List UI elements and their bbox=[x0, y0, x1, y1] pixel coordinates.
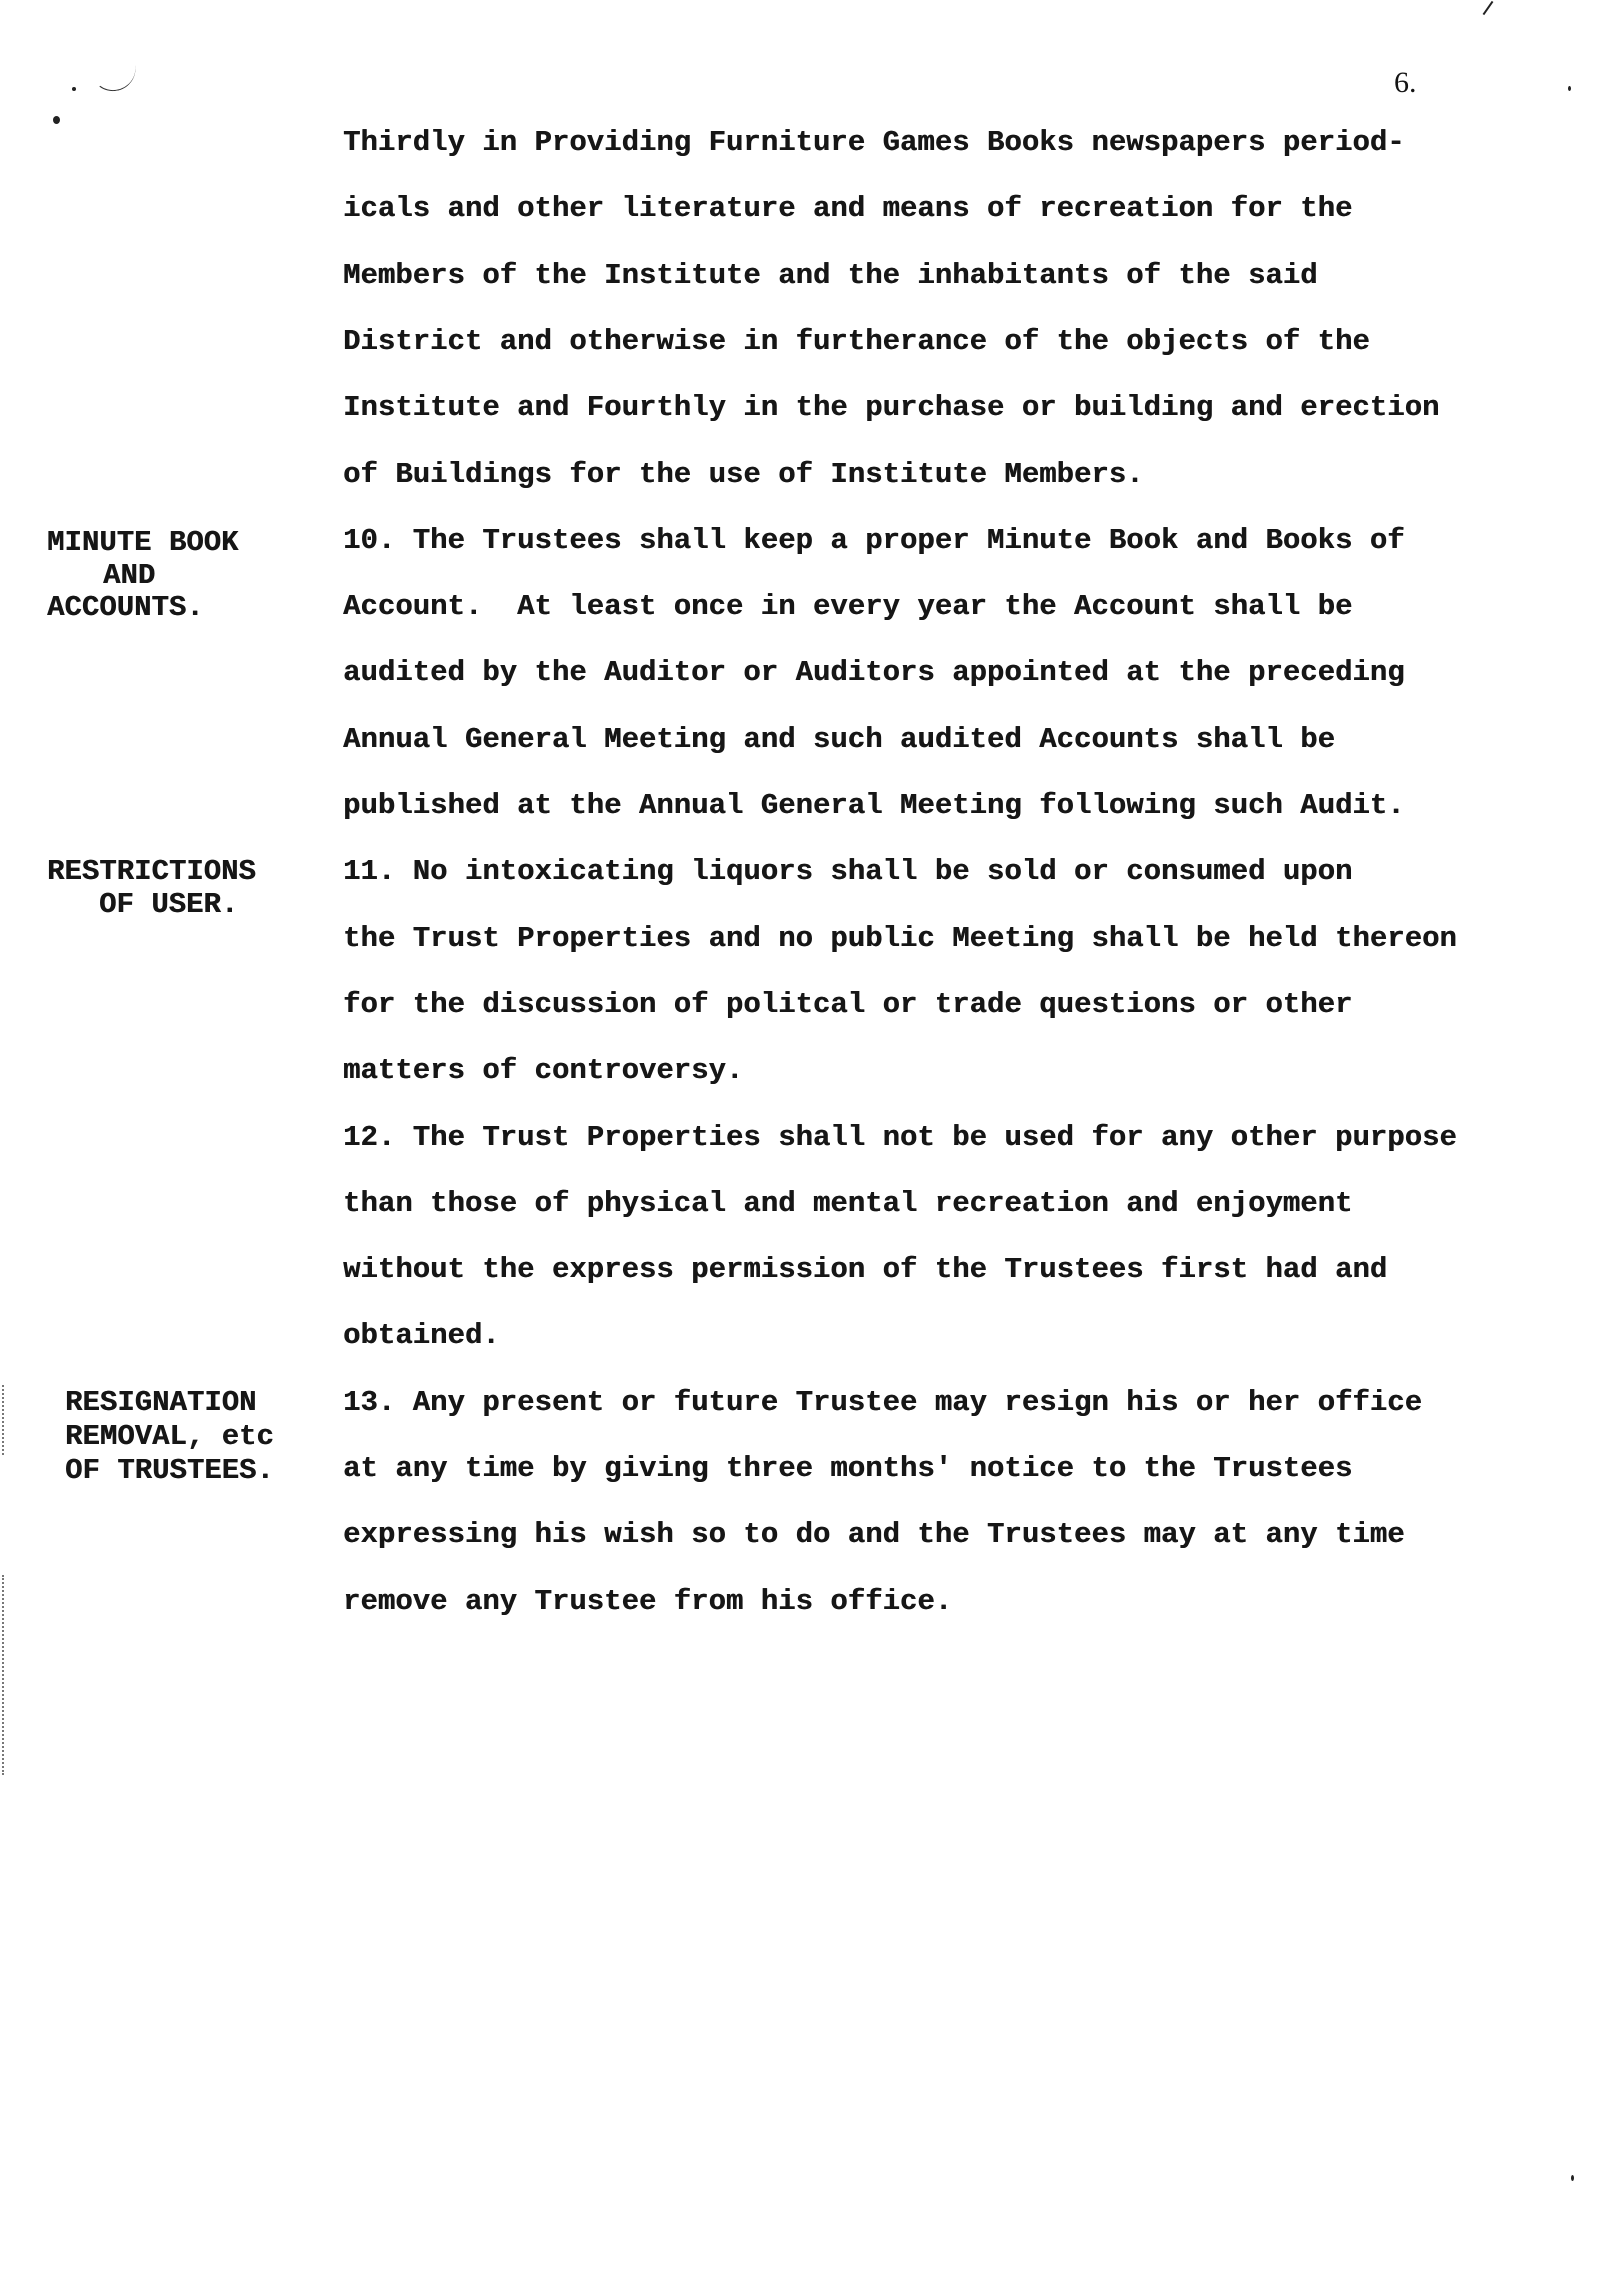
body-line: audited by the Auditor or Auditors appoi… bbox=[343, 658, 1405, 688]
margin-note-line: MINUTE BOOK bbox=[47, 528, 238, 557]
document-page: 6. MINUTE BOOK AND ACCOUNTS. RESTRICTION… bbox=[0, 0, 1606, 2288]
body-line: icals and other literature and means of … bbox=[343, 194, 1352, 224]
body-line: remove any Trustee from his office. bbox=[343, 1587, 952, 1617]
body-line: published at the Annual General Meeting … bbox=[343, 791, 1405, 821]
body-line: for the discussion of politcal or trade … bbox=[343, 990, 1352, 1020]
body-line: 11. No intoxicating liquors shall be sol… bbox=[343, 857, 1352, 887]
scan-mark-dot bbox=[53, 116, 60, 124]
margin-note-line: RESIGNATION bbox=[65, 1388, 256, 1417]
body-line: District and otherwise in furtherance of… bbox=[343, 327, 1370, 357]
scan-mark-dot bbox=[1568, 86, 1571, 91]
margin-note-line: ACCOUNTS. bbox=[47, 593, 204, 622]
margin-note-line: AND bbox=[103, 561, 155, 590]
body-line: 13. Any present or future Trustee may re… bbox=[343, 1388, 1422, 1418]
body-line: the Trust Properties and no public Meeti… bbox=[343, 924, 1457, 954]
body-line: Account. At least once in every year the… bbox=[343, 592, 1352, 622]
body-line: Annual General Meeting and such audited … bbox=[343, 725, 1335, 755]
page-number: 6. bbox=[1394, 66, 1417, 100]
margin-note-line: OF USER. bbox=[99, 890, 238, 919]
body-line: of Buildings for the use of Institute Me… bbox=[343, 460, 1144, 490]
scan-mark-arc bbox=[91, 65, 139, 94]
body-line: Institute and Fourthly in the purchase o… bbox=[343, 393, 1439, 423]
body-line: Members of the Institute and the inhabit… bbox=[343, 261, 1318, 291]
body-line: matters of controversy. bbox=[343, 1056, 743, 1086]
scan-mark-slash bbox=[1483, 1, 1494, 15]
body-line: than those of physical and mental recrea… bbox=[343, 1189, 1352, 1219]
body-line: 12. The Trust Properties shall not be us… bbox=[343, 1123, 1457, 1153]
body-line: 10. The Trustees shall keep a proper Min… bbox=[343, 526, 1405, 556]
body-line: at any time by giving three months' noti… bbox=[343, 1454, 1352, 1484]
margin-note-line: OF TRUSTEES. bbox=[65, 1456, 274, 1485]
body-line: Thirdly in Providing Furniture Games Boo… bbox=[343, 128, 1405, 158]
scan-mark-dot bbox=[72, 87, 76, 91]
body-line: without the express permission of the Tr… bbox=[343, 1255, 1387, 1285]
scan-edge-marks bbox=[2, 1575, 6, 1775]
margin-note-line: RESTRICTIONS bbox=[47, 857, 256, 886]
margin-note-line: REMOVAL, etc bbox=[65, 1422, 274, 1451]
body-line: expressing his wish so to do and the Tru… bbox=[343, 1520, 1405, 1550]
body-line: obtained. bbox=[343, 1321, 500, 1351]
scan-edge-marks bbox=[2, 1385, 6, 1455]
scan-mark-dot bbox=[1571, 2175, 1574, 2181]
